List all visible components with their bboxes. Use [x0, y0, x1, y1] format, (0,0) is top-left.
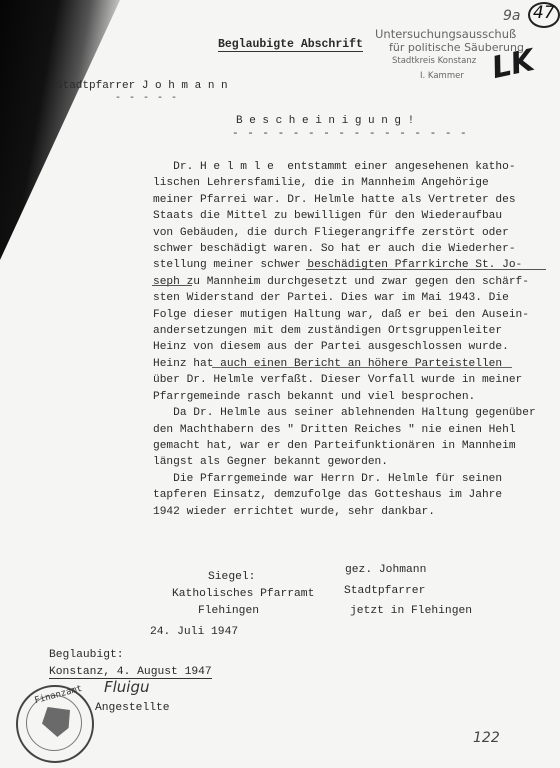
- body-line: von Gebäuden, die durch Fliegerangriffe …: [153, 225, 560, 241]
- underline-mark-3: [212, 367, 512, 368]
- page-number: 122: [473, 731, 500, 745]
- certificate-title: B e s c h e i n i g u n g !: [236, 116, 414, 127]
- body-line: Folge dieser mutigen Haltung war, daß er…: [153, 307, 560, 323]
- underline-mark-2: [152, 285, 192, 286]
- seal-line-1: Katholisches Pfarramt: [172, 589, 314, 600]
- stamp-line-3: Stadtkreis Konstanz: [392, 56, 476, 66]
- body-line: Heinz hat auch einen Bericht an höhere P…: [153, 356, 560, 372]
- body-line: gemacht hat, war er den Parteifunktionär…: [153, 438, 560, 454]
- signed-by: gez. Johmann: [345, 565, 426, 576]
- body-line: Heinz von diesem aus der Partei ausgesch…: [153, 339, 560, 355]
- scan-shadow: [0, 0, 120, 260]
- document-date: 24. Juli 1947: [150, 627, 238, 638]
- body-line: Da Dr. Helmle aus seiner ablehnenden Hal…: [153, 405, 560, 421]
- body-line: tapferen Einsatz, demzufolge das Gottesh…: [153, 487, 560, 503]
- sender-name: Stadtpfarrer J o h m a n n: [56, 81, 228, 92]
- clerk-signature: Fluigu: [104, 680, 150, 695]
- signer-location: jetzt in Flehingen: [350, 606, 472, 617]
- body-line: seph zu Mannheim durchgesetzt und zwar g…: [153, 274, 560, 290]
- official-seal: Finanzamt: [16, 685, 94, 763]
- body-line: sten Widerstand der Partei. Dies war im …: [153, 290, 560, 306]
- body-line: längst als Gegner bekannt geworden.: [153, 454, 560, 470]
- body-line: Die Pfarrgemeinde war Herrn Dr. Helmle f…: [153, 471, 560, 487]
- sender-underline: - - - - -: [115, 93, 178, 104]
- document-page: Beglaubigte Abschrift Untersuchungsaussc…: [0, 0, 560, 768]
- handwritten-note: 9a: [503, 9, 521, 23]
- seal-line-2: Flehingen: [198, 606, 259, 617]
- title-underline: - - - - - - - - - - - - - - - -: [232, 128, 468, 140]
- seal-label: Siegel:: [208, 572, 255, 583]
- body-line: Dr. H e l m l e entstammt einer angesehe…: [153, 159, 560, 175]
- body-line: über Dr. Helmle verfaßt. Dieser Vorfall …: [153, 372, 560, 388]
- body-line: schwer beschädigt waren. So hat er auch …: [153, 241, 560, 257]
- clerk-role: Angestellte: [95, 703, 170, 714]
- underline-mark-1: [306, 269, 546, 270]
- stamp-line-1: Untersuchungsausschuß: [375, 27, 516, 41]
- handwritten-initials: LK: [489, 46, 537, 84]
- body-line: lischen Lehrersfamilie, die in Mannheim …: [153, 175, 560, 191]
- body-line: 1942 wieder errichtet wurde, sehr dankba…: [153, 504, 560, 520]
- body-line: stellung meiner schwer beschädigten Pfar…: [153, 257, 560, 273]
- header-title: Beglaubigte Abschrift: [218, 39, 363, 52]
- body-line: den Machthabern des " Dritten Reiches " …: [153, 422, 560, 438]
- body-line: meiner Pfarrei war. Dr. Helmle hatte als…: [153, 192, 560, 208]
- body-text: Dr. H e l m l e entstammt einer angesehe…: [153, 159, 560, 520]
- stamp-line-4: I. Kammer: [420, 71, 464, 81]
- certification-label: Beglaubigt:: [49, 650, 124, 661]
- circled-number: 47: [533, 5, 555, 22]
- body-line: andersetzungen mit dem zuständigen Ortsg…: [153, 323, 560, 339]
- body-line: Staats die Mittel zu bewilligen für den …: [153, 208, 560, 224]
- body-line: Pfarrgemeinde rasch bekannt und viel bes…: [153, 389, 560, 405]
- signer-role: Stadtpfarrer: [344, 586, 425, 597]
